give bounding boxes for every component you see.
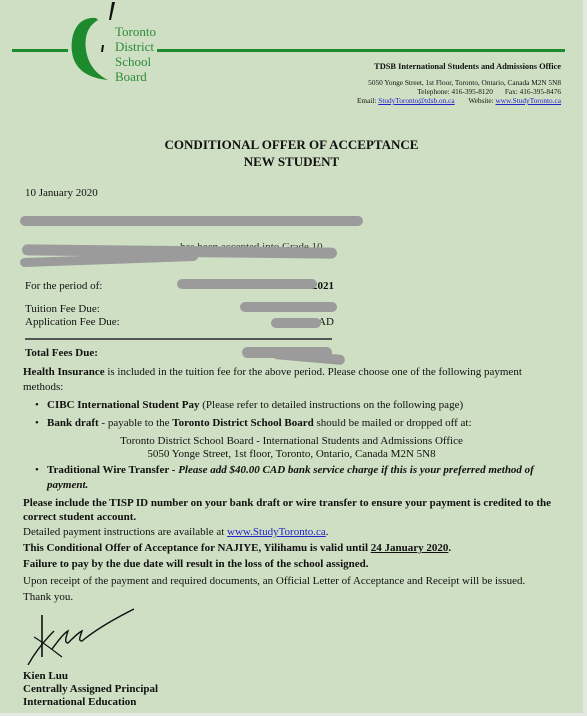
redacted-application [271,318,321,328]
payment-method-cibc: CIBC International Student Pay (Please r… [47,398,463,412]
signer-title: Centrally Assigned Principal [23,682,158,696]
application-label: Application Fee Due: [25,315,120,329]
title-line-1: CONDITIONAL OFFER OF ACCEPTANCE [0,136,583,153]
punctuation: . [326,526,329,538]
tuition-label: Tuition Fee Due: [25,302,100,316]
mail-address-line-2: 5050 Yonge Street, 1st floor, Toronto, O… [0,447,583,461]
tdsb-apple-logo-icon [66,0,116,84]
email-label: Email: [357,96,376,105]
header-rule-left [12,49,68,52]
failure-line: Failure to pay by the due date will resu… [23,557,369,571]
redacted-tuition [240,302,337,312]
office-name: TDSB International Students and Admissio… [357,62,561,71]
signature-icon [24,607,136,665]
title-line-2: NEW STUDENT [0,153,583,170]
office-telephone: Telephone: 416-395-8120 [417,87,492,96]
method-note: (Please refer to detailed instructions o… [200,399,464,411]
health-insurance-line-2: methods: [23,380,63,394]
validity-line: This Conditional Offer of Acceptance for… [23,541,451,555]
header-rule-right [157,49,565,52]
letter-page: Toronto District School Board TDSB Inter… [0,0,583,713]
office-address: 5050 Yonge Street, 1st Floor, Toronto, O… [357,78,561,87]
tdsb-logo-text: Toronto District School Board [115,24,156,84]
tisp-line-1: Please include the TISP ID number on you… [23,496,551,510]
method-note: should be mailed or dropped off at: [314,417,472,429]
health-insurance-bold: Health Insurance [23,366,105,378]
method-note: - payable to the [99,417,173,429]
period-label: For the period of: [25,279,102,293]
letter-title: CONDITIONAL OFFER OF ACCEPTANCE NEW STUD… [0,136,583,170]
redacted-period [177,279,317,289]
instructions-line: Detailed payment instructions are availa… [23,525,329,539]
wire-note-line-2: payment. [47,478,88,492]
payee-name: Toronto District School Board [172,417,313,429]
tisp-line-2: correct student account. [23,510,136,524]
signer-name: Kien Luu [23,669,68,683]
health-insurance-text: is included in the tuition fee for the a… [105,366,522,378]
email-link[interactable]: StudyToronto@tdsb.on.ca [378,96,454,105]
health-insurance-line: Health Insurance is included in the tuit… [23,365,522,379]
signer-department: International Education [23,695,136,709]
logo-line: Toronto [115,24,156,39]
method-name: CIBC International Student Pay [47,399,200,411]
logo-line: District [115,39,156,54]
validity-date: 24 January 2020 [371,542,449,554]
website-link[interactable]: www.StudyToronto.ca [496,96,562,105]
redacted-total-2 [272,349,346,365]
office-contact-block: TDSB International Students and Admissio… [357,62,561,105]
instructions-text: Detailed payment instructions are availa… [23,526,227,538]
letter-date: 10 January 2020 [25,186,98,200]
payment-method-wire: Traditional Wire Transfer - Please add $… [47,463,534,477]
method-separator: - [169,464,178,476]
thanks-line: Thank you. [23,590,73,604]
office-phones: Telephone: 416-395-8120Fax: 416-395-8476 [357,87,561,96]
method-name: Traditional Wire Transfer [47,464,169,476]
study-toronto-link[interactable]: www.StudyToronto.ca [227,526,326,538]
payment-method-bank-draft: Bank draft - payable to the Toronto Dist… [47,416,472,430]
validity-text: This Conditional Offer of Acceptance for… [23,542,371,554]
logo-line: School [115,54,156,69]
office-fax: Fax: 416-395-8476 [505,87,561,96]
fees-divider [25,338,332,340]
total-label: Total Fees Due: [25,346,98,360]
punctuation: . [448,542,451,554]
method-name: Bank draft [47,417,99,429]
mail-address-line-1: Toronto District School Board - Internat… [0,434,583,448]
logo-line: Board [115,69,156,84]
office-web: Email: StudyToronto@tdsb.on.ca Website: … [357,96,561,105]
redacted-id [20,216,363,226]
receipt-line: Upon receipt of the payment and required… [23,574,525,588]
method-note: Please add $40.00 CAD bank service charg… [178,464,534,476]
website-label: Website: [468,96,493,105]
